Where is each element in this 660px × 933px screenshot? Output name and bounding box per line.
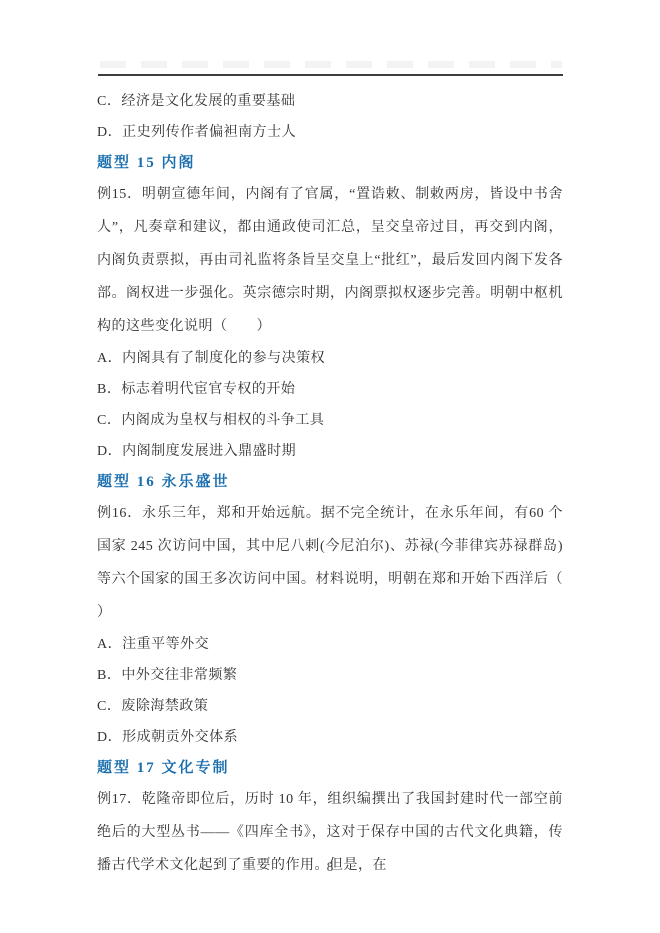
option-line-c: C．经济是文化发展的重要基础 — [97, 86, 563, 117]
section-heading-17: 题型 17 文化专制 — [97, 753, 563, 783]
option-16-a: A．注重平等外交 — [97, 629, 563, 660]
option-15-d: D．内阁制度发展进入鼎盛时期 — [97, 436, 563, 467]
option-line-d: D．正史列传作者偏袒南方士人 — [97, 117, 563, 148]
option-15-a: A．内阁具有了制度化的参与决策权 — [97, 343, 563, 374]
document-page: C．经济是文化发展的重要基础 D．正史列传作者偏袒南方士人 题型 15 内阁 例… — [0, 0, 660, 933]
option-16-b: B．中外交往非常频繁 — [97, 660, 563, 691]
header-divider — [98, 74, 563, 76]
option-16-c: C．废除海禁政策 — [97, 691, 563, 722]
page-number: 8 — [0, 859, 660, 875]
document-body: C．经济是文化发展的重要基础 D．正史列传作者偏袒南方士人 题型 15 内阁 例… — [97, 86, 563, 882]
option-15-b: B．标志着明代宦官专权的开始 — [97, 374, 563, 405]
section-heading-15: 题型 15 内阁 — [97, 148, 563, 178]
question-paragraph-16: 例16．永乐三年，郑和开始远航。据不完全统计，在永乐年间，有60 个国家 245… — [97, 497, 563, 629]
question-paragraph-15: 例15．明朝宣德年间，内阁有了官属，“置诰敕、制敕两房，皆设中书舍人”，凡奏章和… — [97, 178, 563, 343]
section-heading-16: 题型 16 永乐盛世 — [97, 467, 563, 497]
scan-artifact-row — [100, 61, 562, 68]
option-15-c: C．内阁成为皇权与相权的斗争工具 — [97, 405, 563, 436]
option-16-d: D．形成朝贡外交体系 — [97, 722, 563, 753]
